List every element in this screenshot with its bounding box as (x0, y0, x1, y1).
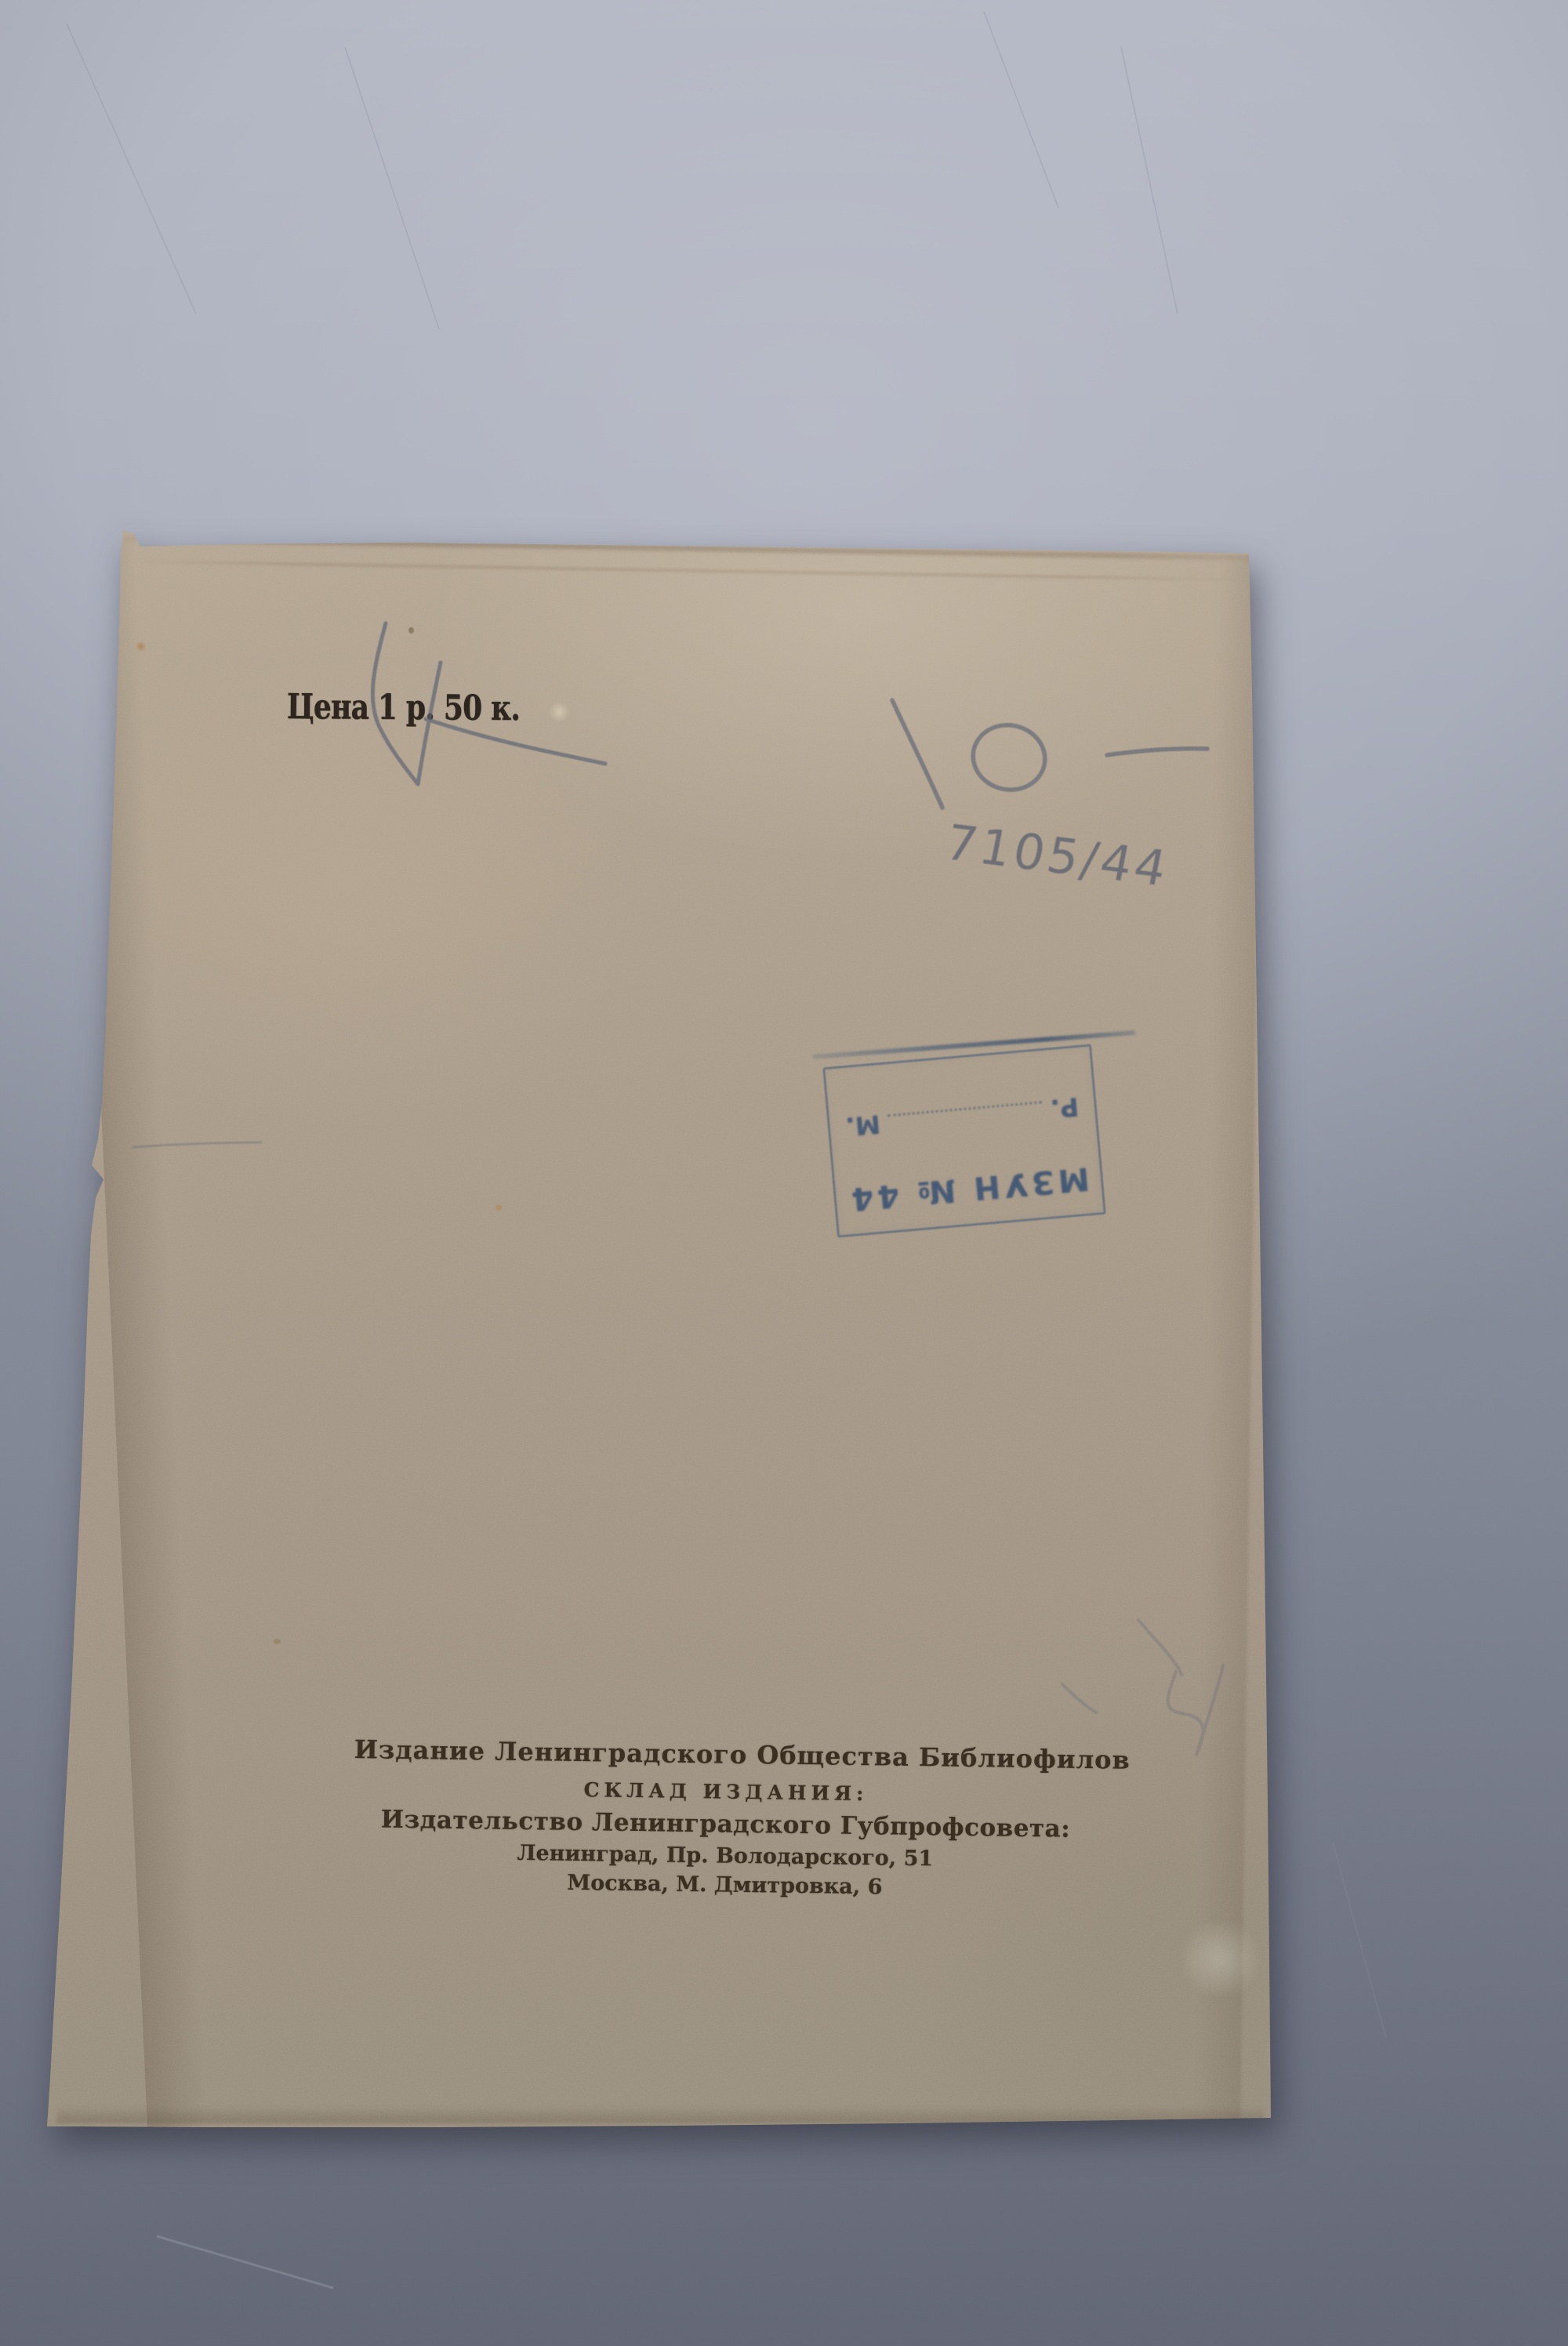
book-back-cover: Цена 1 р. 50 к. Издание Ленинградского О… (0, 0, 1568, 2346)
pencil-price-strokes (892, 700, 1207, 808)
pencil-marks (0, 0, 1568, 2346)
book-shadow: Цена 1 р. 50 к. Издание Ленинградского О… (0, 0, 1568, 2346)
pencil-scribble (1062, 1620, 1223, 1755)
pencil-underline (133, 1142, 261, 1147)
pencil-check-mark (372, 623, 605, 784)
